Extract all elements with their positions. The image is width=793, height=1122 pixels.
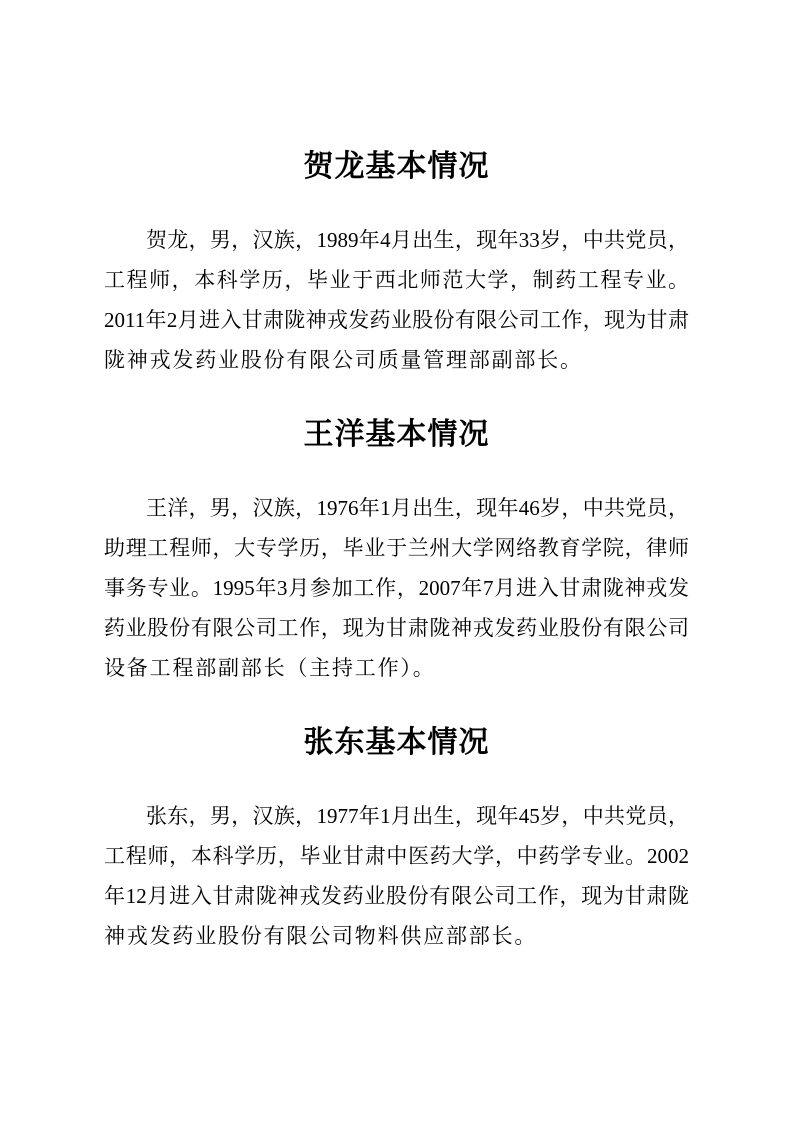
section-paragraph: 张东，男，汉族，1977年1月出生，现年45岁，中共党员，工程师，本科学历，毕业…	[104, 796, 689, 956]
paragraph-line: 贺龙，男，汉族，1989年4月出生，现年33岁，中共党员，	[104, 220, 689, 260]
person-profile-section: 张东基本情况 张东，男，汉族，1977年1月出生，现年45岁，中共党员，工程师，…	[104, 722, 689, 956]
paragraph-line: 工程师，本科学历，毕业甘肃中医药大学，中药学专业。2002	[104, 836, 689, 876]
section-title: 王洋基本情况	[104, 414, 689, 456]
section-paragraph: 贺龙，男，汉族，1989年4月出生，现年33岁，中共党员，工程师，本科学历，毕业…	[104, 220, 689, 380]
paragraph-line: 陇神戎发药业股份有限公司质量管理部副部长。	[104, 340, 689, 380]
paragraph-line: 张东，男，汉族，1977年1月出生，现年45岁，中共党员，	[104, 796, 689, 836]
paragraph-line: 2011年2月进入甘肃陇神戎发药业股份有限公司工作，现为甘肃	[104, 300, 689, 340]
document-page: 贺龙基本情况 贺龙，男，汉族，1989年4月出生，现年33岁，中共党员，工程师，…	[0, 0, 793, 1122]
document-content: 贺龙基本情况 贺龙，男，汉族，1989年4月出生，现年33岁，中共党员，工程师，…	[0, 0, 793, 956]
paragraph-line: 助理工程师，大专学历，毕业于兰州大学网络教育学院，律师	[104, 528, 689, 568]
paragraph-line: 药业股份有限公司工作，现为甘肃陇神戎发药业股份有限公司	[104, 608, 689, 648]
paragraph-line: 王洋，男，汉族，1976年1月出生，现年46岁，中共党员，	[104, 488, 689, 528]
section-paragraph: 王洋，男，汉族，1976年1月出生，现年46岁，中共党员，助理工程师，大专学历，…	[104, 488, 689, 688]
paragraph-line: 事务专业。1995年3月参加工作，2007年7月进入甘肃陇神戎发	[104, 568, 689, 608]
paragraph-line: 设备工程部副部长（主持工作）。	[104, 648, 689, 688]
paragraph-line: 神戎发药业股份有限公司物料供应部部长。	[104, 916, 689, 956]
section-title: 张东基本情况	[104, 722, 689, 764]
person-profile-section: 王洋基本情况 王洋，男，汉族，1976年1月出生，现年46岁，中共党员，助理工程…	[104, 414, 689, 688]
paragraph-line: 工程师，本科学历，毕业于西北师范大学，制药工程专业。	[104, 260, 689, 300]
person-profile-section: 贺龙基本情况 贺龙，男，汉族，1989年4月出生，现年33岁，中共党员，工程师，…	[104, 146, 689, 380]
section-title: 贺龙基本情况	[104, 146, 689, 188]
paragraph-line: 年12月进入甘肃陇神戎发药业股份有限公司工作，现为甘肃陇	[104, 876, 689, 916]
